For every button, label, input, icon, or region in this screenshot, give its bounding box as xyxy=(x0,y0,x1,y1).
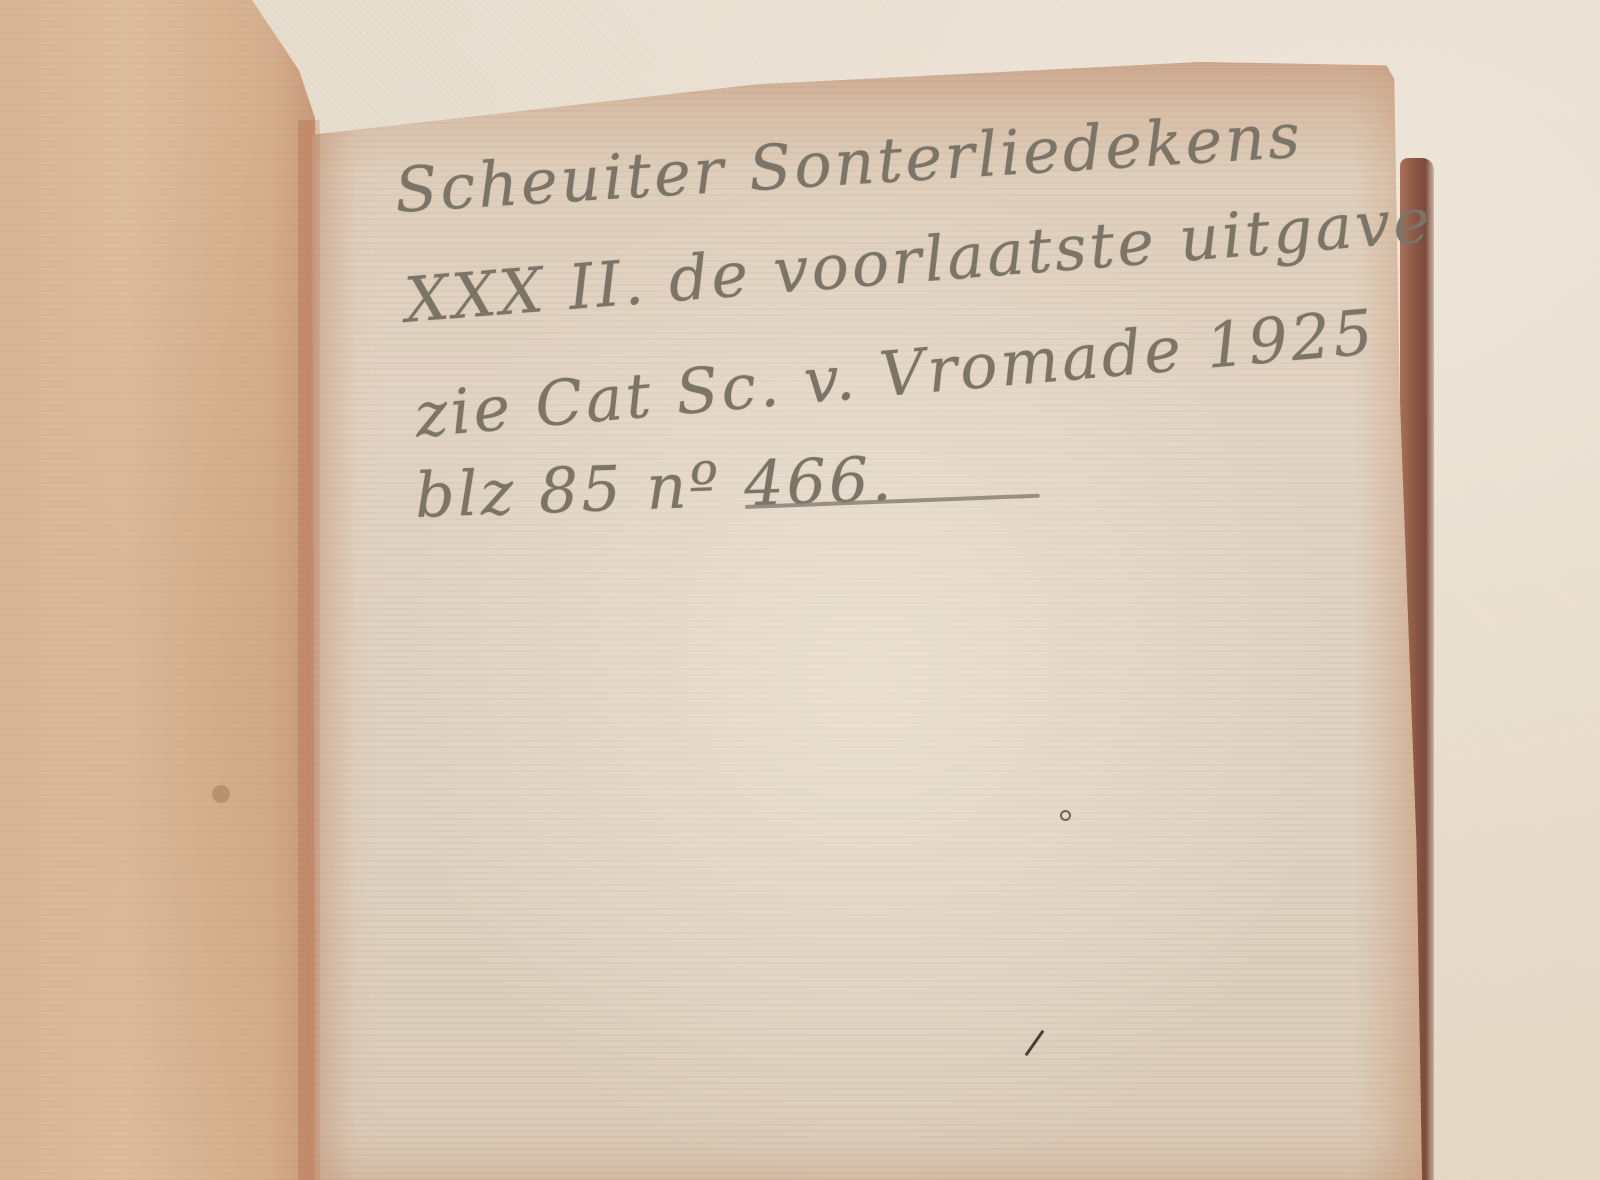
paper-speck xyxy=(1060,810,1071,821)
stain-spot xyxy=(212,785,230,803)
book-gutter xyxy=(298,120,320,1180)
left-page xyxy=(0,0,315,1180)
inscription-line-4: blz 85 nº 466. xyxy=(414,448,895,527)
